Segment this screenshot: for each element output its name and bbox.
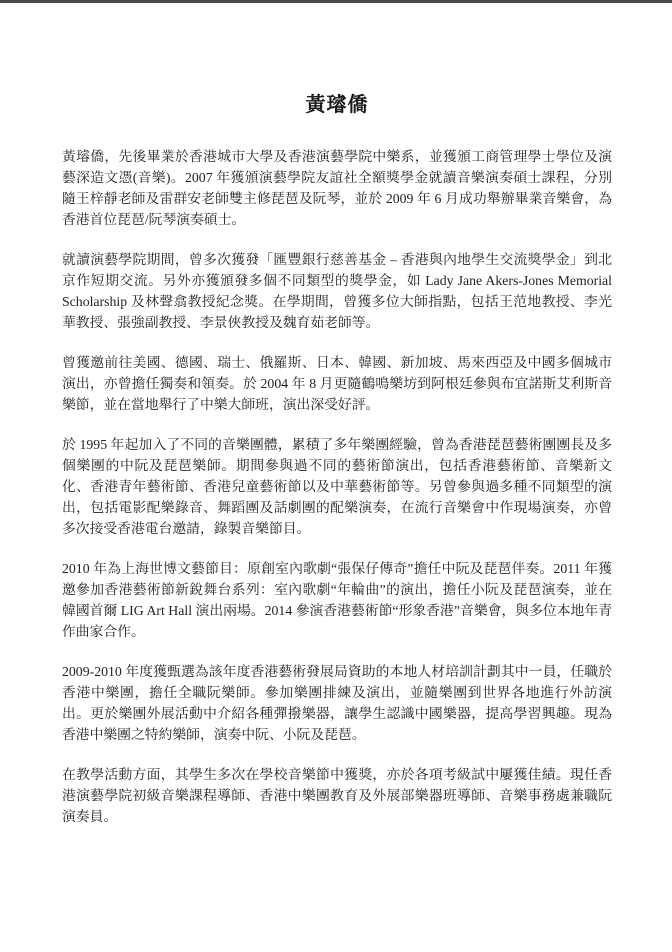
document-page: 黃璿僑 黃璿僑，先後畢業於香港城市大學及香港演藝學院中樂系，並獲頒工商管理學士學… — [0, 6, 672, 827]
bio-paragraph-scholarships: 就讀演藝學院期間，曾多次獲發「匯豐銀行慈善基金 – 香港與內地學生交流獎學金」到… — [62, 249, 612, 333]
bio-paragraph-ensembles: 於 1995 年起加入了不同的音樂團體，累積了多年樂團經驗，曾為香港琵琶藝術團團… — [62, 434, 612, 539]
page-title: 黃璿僑 — [62, 91, 612, 119]
bio-paragraph-orchestra-career: 2009-2010 年度獲甄選為該年度香港藝術發展局資助的本地人材培訓計劃其中一… — [62, 661, 612, 745]
bio-paragraph-opera-projects: 2010 年為上海世博文藝節目：原創室內歌劇“張保仔傳奇”擔任中阮及琵琶伴奏。2… — [62, 558, 612, 642]
bio-paragraph-education: 黃璿僑，先後畢業於香港城市大學及香港演藝學院中樂系，並獲頒工商管理學士學位及演藝… — [62, 146, 612, 230]
bio-paragraph-international-performances: 曾獲邀前往美國、德國、瑞士、俄羅斯、日本、韓國、新加坡、馬來西亞及中國多個城市演… — [62, 352, 612, 415]
bio-paragraph-teaching: 在教學活動方面，其學生多次在學校音樂節中獲獎，亦於各項考級試中屢獲佳績。現任香港… — [62, 764, 612, 827]
